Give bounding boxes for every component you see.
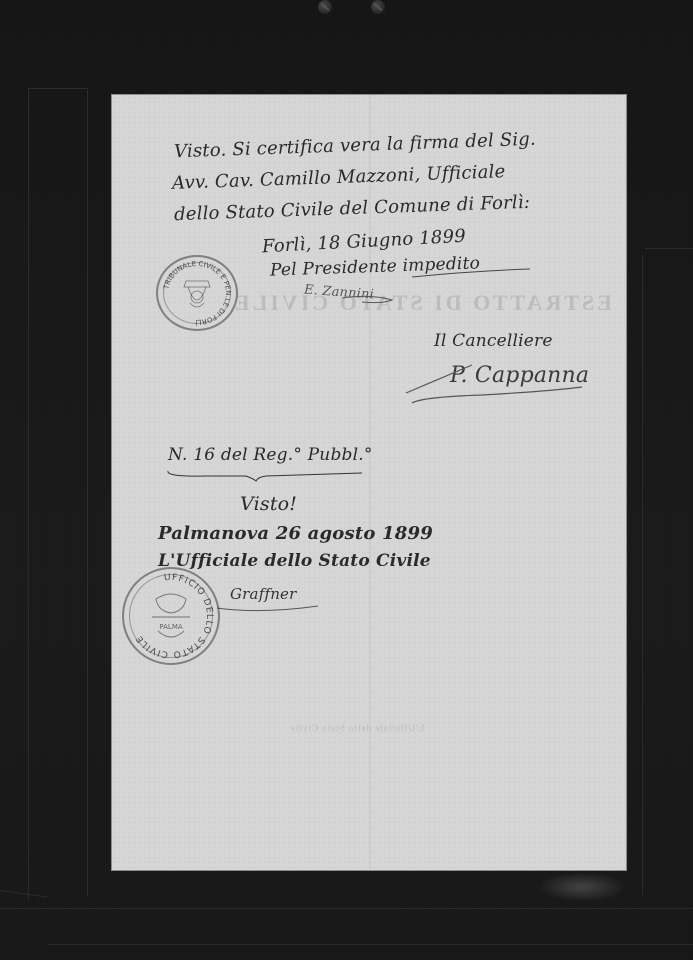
mount-frame-line [645, 248, 693, 249]
visto-signature-flourish [212, 600, 322, 616]
bleedthrough-header: ESTRATTO DI STATO CIVILE [232, 290, 612, 316]
mount-screw-icon [371, 0, 385, 14]
mount-frame-line [48, 944, 693, 945]
document-page: ESTRATTO DI STATO CIVILE L'Ufficiale del… [112, 95, 626, 870]
visto-heading: Visto! [240, 493, 297, 515]
register-note-underline [166, 465, 366, 485]
chancellor-title: Il Cancelliere [434, 331, 553, 351]
mount-frame-line [642, 255, 643, 895]
mount-screw-icon [318, 0, 332, 14]
mount-frame-line [87, 90, 88, 896]
mount-frame-line [28, 88, 88, 89]
svg-text:TRIBUNALE CIVILE E PEN.LE DI F: TRIBUNALE CIVILE E PEN.LE DI FORLÌ [162, 260, 232, 327]
certification-line-1: Visto. Si certifica vera la firma del Si… [174, 129, 536, 163]
visto-official-title: L'Ufficiale dello Stato Civile [158, 551, 431, 571]
seal-tribunale-forli: TRIBUNALE CIVILE E PEN.LE DI FORLÌ [156, 255, 238, 331]
president-line-flourish [412, 265, 532, 285]
mount-frame-line [0, 908, 693, 909]
bleedthrough-footer: L'Ufficiale dello Stato Civile [290, 723, 424, 733]
seal-text-ring-icon: UFFICIO DELLO STATO CIVILE [124, 569, 218, 663]
seal-text-ring-icon: TRIBUNALE CIVILE E PEN.LE DI FORLÌ [158, 257, 236, 329]
register-note: N. 16 del Reg.° Pubbl.° [168, 445, 373, 465]
seal-ufficio-stato-civile-palma: UFFICIO DELLO STATO CIVILE PALMA [122, 567, 220, 665]
president-signature-flourish [342, 292, 402, 306]
certification-date: Forlì, 18 Giugno 1899 [262, 226, 467, 258]
certification-line-2: Avv. Cav. Camillo Mazzoni, Ufficiale [172, 161, 506, 194]
seal-inner-text: PALMA [159, 623, 182, 631]
visto-place-date: Palmanova 26 agosto 1899 [158, 523, 433, 544]
svg-text:UFFICIO DELLO STATO CIVILE: UFFICIO DELLO STATO CIVILE [134, 573, 214, 659]
chancellor-signature-flourish [402, 357, 602, 407]
certification-line-3: dello Stato Civile del Comune di Forlì: [174, 192, 531, 225]
scan-smudge [537, 872, 627, 902]
mount-frame-line [28, 88, 29, 900]
